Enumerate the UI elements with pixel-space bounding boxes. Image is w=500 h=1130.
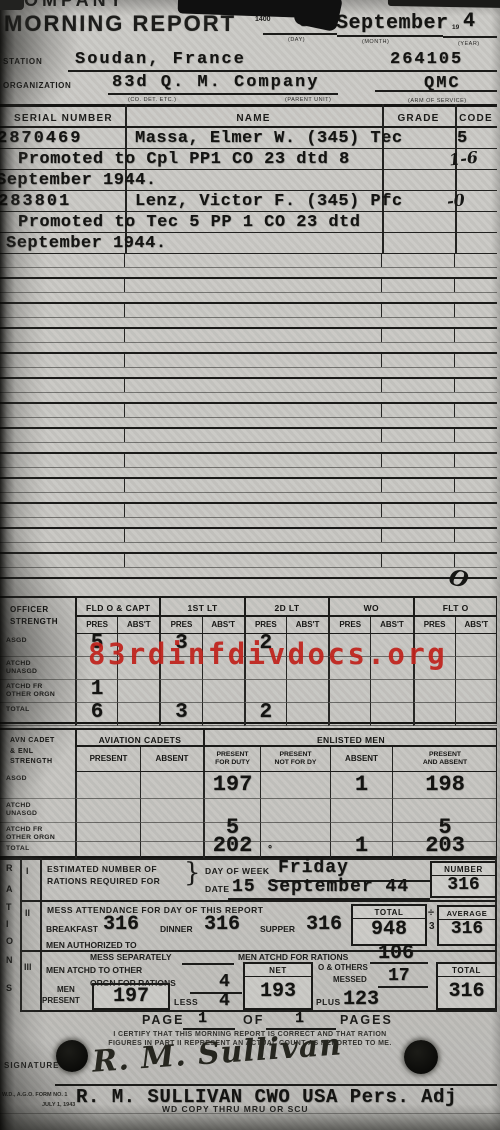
rations-side-letter: S (6, 983, 12, 993)
mess-total-box: TOTAL 948 (351, 904, 427, 946)
enlisted-subcolumn-header: PRESENT FOR DUTY (203, 747, 260, 772)
roster-text: September 1944. (0, 171, 157, 190)
less-value: 4 (219, 991, 230, 1011)
enlisted-subcolumn-header: PRESENT NOT FOR DY (260, 747, 330, 772)
year-prefix: 19 (452, 24, 459, 31)
officer-value-cell (413, 703, 455, 726)
roster-header-row: SERIAL NUMBER NAME GRADE CODE (0, 104, 497, 128)
roster-empty-row-spacer (0, 318, 497, 329)
enlisted-value-cell (75, 799, 140, 823)
roster-empty-row (0, 404, 497, 429)
roster-empty-row-cells (0, 354, 497, 368)
officer-value-cell (159, 680, 201, 703)
officer-value-cell (370, 680, 412, 703)
roster-empty-row-spacer (0, 343, 497, 354)
roster-code: 1-6 (448, 148, 479, 170)
men-present-value: 197 (94, 985, 168, 1008)
date-value: 15 September 44 (232, 877, 409, 897)
officer-value-cell (455, 634, 497, 657)
rations-side-letter: N (6, 955, 13, 965)
dinner-value: 316 (204, 913, 240, 936)
ending-time: 1400 (255, 16, 271, 23)
enlisted-row-label: ATCHD FR OTHER ORGN (0, 823, 75, 842)
rations-side-letter: O (6, 936, 13, 946)
officer-row-label: ATCHD FR OTHER ORGN (0, 680, 75, 703)
officer-value-cell (455, 657, 497, 680)
punch-hole-left (56, 1040, 88, 1072)
enlisted-subcolumn-header: ABSENT (330, 747, 392, 772)
present-label: PRESENT (42, 996, 80, 1005)
station-value: Soudan, France (75, 50, 246, 69)
less-label: LESS (174, 997, 198, 1007)
organization-value: 83d Q. M. Company (112, 73, 319, 92)
divisor: 3 (429, 921, 435, 932)
net-label: NET (245, 964, 311, 977)
watermark-text: 83rdinfdivdocs.org (88, 637, 447, 671)
enlisted-value-cell (75, 772, 140, 799)
supper-value: 316 (306, 913, 342, 936)
officer-value-cell (202, 703, 244, 726)
roster-empty-row-cells (0, 479, 497, 493)
page-number: 1 (198, 1010, 207, 1027)
roster-empty-row-cells (0, 379, 497, 393)
officer-section-label: OFFICER STRENGTH (0, 598, 75, 634)
record-number: 264105 (390, 50, 463, 69)
enlisted-row-label: ASGD (0, 772, 75, 799)
officer-group-header: 2D LT (244, 598, 328, 617)
roster-empty-row-spacer (0, 293, 497, 304)
officer-subcolumn-header: ABS'T (117, 617, 159, 634)
enlisted-value-cell (140, 823, 203, 842)
officer-value-cell: 6 (75, 703, 117, 726)
grand-total-label: TOTAL (438, 964, 495, 977)
enlisted-subcolumn-header: PRESENT AND ABSENT (392, 747, 497, 772)
section-numeral-3: III (24, 962, 32, 972)
roster-empty-row-spacer (0, 418, 497, 429)
atchd-other-rule (190, 992, 242, 994)
net-value: 193 (245, 977, 311, 1003)
officer-value-cell: 3 (159, 703, 201, 726)
report-month: September (336, 12, 449, 35)
officer-value-cell (370, 703, 412, 726)
roster-empty-row (0, 554, 497, 579)
roster-empty-row (0, 454, 497, 479)
o-and-others-value: 17 (388, 966, 410, 986)
officer-value-cell: 1 (75, 680, 117, 703)
officer-subcolumn-header: ABS'T (370, 617, 412, 634)
roster-serial: 283801 (0, 192, 71, 211)
month-rule (337, 35, 443, 37)
roster-empty-row-cells (0, 504, 497, 518)
organization-sublabel: (CO. DET. ETC.) (128, 97, 176, 103)
aviation-cadets-group-header: AVIATION CADETS (75, 730, 203, 747)
atchd-for-rations-rule (370, 962, 428, 964)
enlisted-value-cell: 197 (203, 772, 260, 799)
officer-row-label: ATCHD UNASGD (0, 657, 75, 680)
year-sublabel: (YEAR) (458, 41, 480, 47)
roster-empty-row-cells (0, 429, 497, 443)
enlisted-value-cell (260, 823, 330, 842)
enlisted-value-cell (260, 772, 330, 799)
enlisted-value-cell (330, 799, 392, 823)
arm-rule (375, 90, 497, 92)
o-and-others-rule (378, 986, 428, 988)
net-box: NET 193 (243, 962, 313, 1010)
roster-empty-row (0, 429, 497, 454)
breakfast-value: 316 (103, 913, 139, 936)
roster-empty-row (0, 504, 497, 529)
roster-empty-row-cells (0, 404, 497, 418)
grand-total-box: TOTAL 316 (436, 962, 497, 1010)
day-of-week-label: DAY OF WEEK (205, 866, 270, 876)
roster-empty-row-cells (0, 329, 497, 343)
roster-code: -0 (446, 190, 466, 211)
enlisted-value-cell (140, 772, 203, 799)
officer-value-cell (413, 680, 455, 703)
roster-text: Lenz, Victor F. (345) Pfc (135, 192, 403, 211)
enlisted-value-cell: 1 (330, 772, 392, 799)
mess-total-value: 948 (353, 919, 425, 941)
atchd-other-value: 4 (219, 972, 230, 992)
officer-subcolumn-header: PRES (328, 617, 370, 634)
pages-label: PAGES (340, 1013, 393, 1027)
roster-entry-row: Promoted to Tec 5 PP 1 CO 23 dtd (0, 212, 497, 233)
roster-empty-row (0, 529, 497, 554)
officer-group-header: FLD O & CAPT (75, 598, 159, 617)
men-label: MEN (57, 985, 75, 994)
enlisted-row-label: ATCHD UNASGD (0, 799, 75, 823)
enlisted-value-cell (260, 799, 330, 823)
number-box: NUMBER 316 (430, 861, 497, 898)
plus-value: 123 (343, 988, 379, 1011)
date-label: DATE (205, 884, 230, 894)
roster-empty-row (0, 479, 497, 504)
morning-report-document: COMPANY MORNING REPORT ENDING 1400 9 Sep… (0, 0, 500, 1130)
day-sublabel: (DAY) (288, 37, 305, 43)
officer-value-cell (117, 703, 159, 726)
enlisted-men-group-header: ENLISTED MEN (203, 730, 497, 747)
roster-col-serial: SERIAL NUMBER (0, 107, 125, 126)
roster-empty-row-cells (0, 454, 497, 468)
officer-group-header: 1ST LT (159, 598, 243, 617)
pages-number: 1 (295, 1010, 304, 1027)
atchd-for-rations-label: MEN ATCHD FOR RATIONS (238, 952, 348, 962)
breakfast-label: BREAKFAST (46, 924, 98, 934)
rations-side-letter: I (6, 919, 9, 929)
roster-empty-row (0, 329, 497, 354)
estimated-label-2: RATIONS REQUIRED FOR (47, 876, 160, 886)
roster-entry-row: 283801Lenz, Victor F. (345) Pfc-0 (0, 191, 497, 212)
roster-empty-row-spacer (0, 568, 497, 579)
form-name: COMPANY (7, 0, 126, 11)
roster-empty-row-spacer (0, 543, 497, 554)
officer-value-cell (202, 680, 244, 703)
plus-label: PLUS (316, 997, 341, 1007)
station-label: STATION (3, 57, 43, 66)
roster-text: September 1944. (6, 234, 167, 253)
o-and-others-label-1: O & OTHERS (318, 963, 368, 972)
officer-group-header: WO (328, 598, 412, 617)
dinner-label: DINNER (160, 924, 193, 934)
roster-empty-row-cells (0, 254, 497, 268)
roster-empty-row-spacer (0, 268, 497, 279)
roster-text: Massa, Elmer W. (345) Tec (135, 129, 403, 148)
officer-row-label: ASGD (0, 634, 75, 657)
rations-section-rule-1 (20, 900, 497, 902)
rations-bottom-rule (20, 1010, 497, 1012)
roster-empty-row-cells (0, 529, 497, 543)
section-numeral-1: I (26, 866, 29, 876)
roster-empty-row (0, 354, 497, 379)
scan-ink-blob (0, 0, 24, 10)
roster-empty-row (0, 304, 497, 329)
roster-text: Promoted to Cpl PP1 CO 23 dtd 8 (18, 150, 350, 169)
roster-empty-row-cells (0, 554, 497, 568)
roster-col-code: CODE (455, 107, 497, 126)
roster-empty-row-spacer (0, 468, 497, 479)
scan-ink-blob (388, 0, 500, 8)
page-label: PAGE (142, 1013, 185, 1027)
roster-empty-row-cells (0, 304, 497, 318)
roster-entry-row: September 1944. (0, 170, 497, 191)
number-value: 316 (432, 876, 495, 896)
roster-empty-row-spacer (0, 518, 497, 529)
enlisted-subcolumn-header: ABSENT (140, 747, 203, 772)
year-rule (443, 36, 497, 38)
grand-total-value: 316 (438, 977, 495, 1003)
roster-entry-row: Promoted to Cpl PP1 CO 23 dtd 81-6 (0, 149, 497, 170)
form-id-line-2: JULY 1, 1943 (42, 1102, 75, 1108)
organization-rule (108, 93, 338, 95)
rations-top-rule (0, 858, 497, 860)
station-rule (68, 70, 497, 72)
roster-entry-row: 2870469Massa, Elmer W. (345) Tec5 (0, 128, 497, 149)
roster-empty-row-spacer (0, 493, 497, 504)
o-and-others-label-2: MESSED (333, 975, 367, 984)
authorized-rule (182, 963, 234, 965)
date-rule (228, 898, 430, 900)
report-year: 4 (463, 10, 475, 33)
officer-subcolumn-header: PRES (413, 617, 455, 634)
officer-subcolumn-header: ABS'T (202, 617, 244, 634)
form-id-line-1: W.D., A.G.O. FORM NO. 1 (2, 1092, 68, 1098)
roster-col-grade: GRADE (382, 107, 455, 126)
roster-empty-row (0, 279, 497, 304)
day-rule (263, 33, 337, 35)
signature-label: SIGNATURE (4, 1061, 60, 1070)
supper-label: SUPPER (260, 924, 295, 934)
roster-empty-row (0, 254, 497, 279)
officer-value-cell (328, 680, 370, 703)
of-label: OF (243, 1013, 264, 1027)
estimated-label-1: ESTIMATED NUMBER OF (47, 864, 157, 874)
report-title: MORNING REPORT (4, 11, 236, 37)
officer-value-cell (286, 703, 328, 726)
enlisted-value-cell: 198 (392, 772, 497, 799)
officer-subcolumn-header: ABS'T (286, 617, 328, 634)
roster-empty-row-spacer (0, 443, 497, 454)
bottom-edge-rule (0, 1113, 500, 1114)
authorized-label-2: MESS SEPARATELY (90, 952, 172, 962)
month-sublabel: (MONTH) (362, 39, 389, 45)
officer-row-label: TOTAL (0, 703, 75, 726)
roster-empty-row-spacer (0, 393, 497, 404)
roster-empty-row-spacer (0, 368, 497, 379)
officer-group-header: FLT O (413, 598, 497, 617)
officer-value-cell (455, 703, 497, 726)
roster-empty-row-cells (0, 279, 497, 293)
enlisted-value-cell (140, 799, 203, 823)
officer-value-cell (117, 680, 159, 703)
organization-label: ORGANIZATION (3, 81, 71, 90)
authorized-label-1: MEN AUTHORIZED TO (46, 940, 137, 950)
officer-value-cell (286, 680, 328, 703)
officer-value-cell (455, 680, 497, 703)
parent-unit-sublabel: (PARENT UNIT) (285, 97, 331, 103)
rations-letter-divider (20, 858, 22, 1010)
atchd-other-label-1: MEN ATCHD TO OTHER (46, 965, 142, 975)
roster-empty-row (0, 379, 497, 404)
rations-side-letter: T (6, 902, 12, 912)
roster-text: Promoted to Tec 5 PP 1 CO 23 dtd (18, 213, 360, 232)
cadet-enlisted-strength-grid: AVN CADET & ENL STRENGTHAVIATION CADETSE… (0, 728, 497, 858)
roster-serial: 2870469 (0, 129, 82, 148)
section-numeral-2: II (25, 908, 30, 918)
men-present-box: 197 (92, 983, 170, 1010)
day-of-week-value: Friday (278, 858, 349, 878)
rations-side-letter: A (6, 884, 13, 894)
cadet-enlisted-section-label: AVN CADET & ENL STRENGTH (0, 730, 75, 772)
officer-value-cell (244, 680, 286, 703)
enlisted-subcolumn-header: PRESENT (75, 747, 140, 772)
page-rule (183, 1028, 235, 1030)
roster-code: 5 (457, 129, 467, 148)
rations-numeral-divider (40, 858, 42, 1010)
average-box: AVERAGE 316 (437, 905, 497, 946)
officer-subcolumn-header: ABS'T (455, 617, 497, 634)
divide-sign: ÷ (428, 907, 434, 919)
average-value: 316 (439, 920, 495, 940)
officer-value-cell: 2 (244, 703, 286, 726)
roster-entry-row: September 1944. (0, 233, 497, 254)
punch-hole-right (404, 1040, 438, 1074)
officer-value-cell (328, 703, 370, 726)
brace-glyph: } (184, 858, 201, 888)
rations-side-letter: R (6, 863, 13, 873)
enlisted-value-cell (75, 823, 140, 842)
roster-col-name: NAME (125, 107, 382, 126)
